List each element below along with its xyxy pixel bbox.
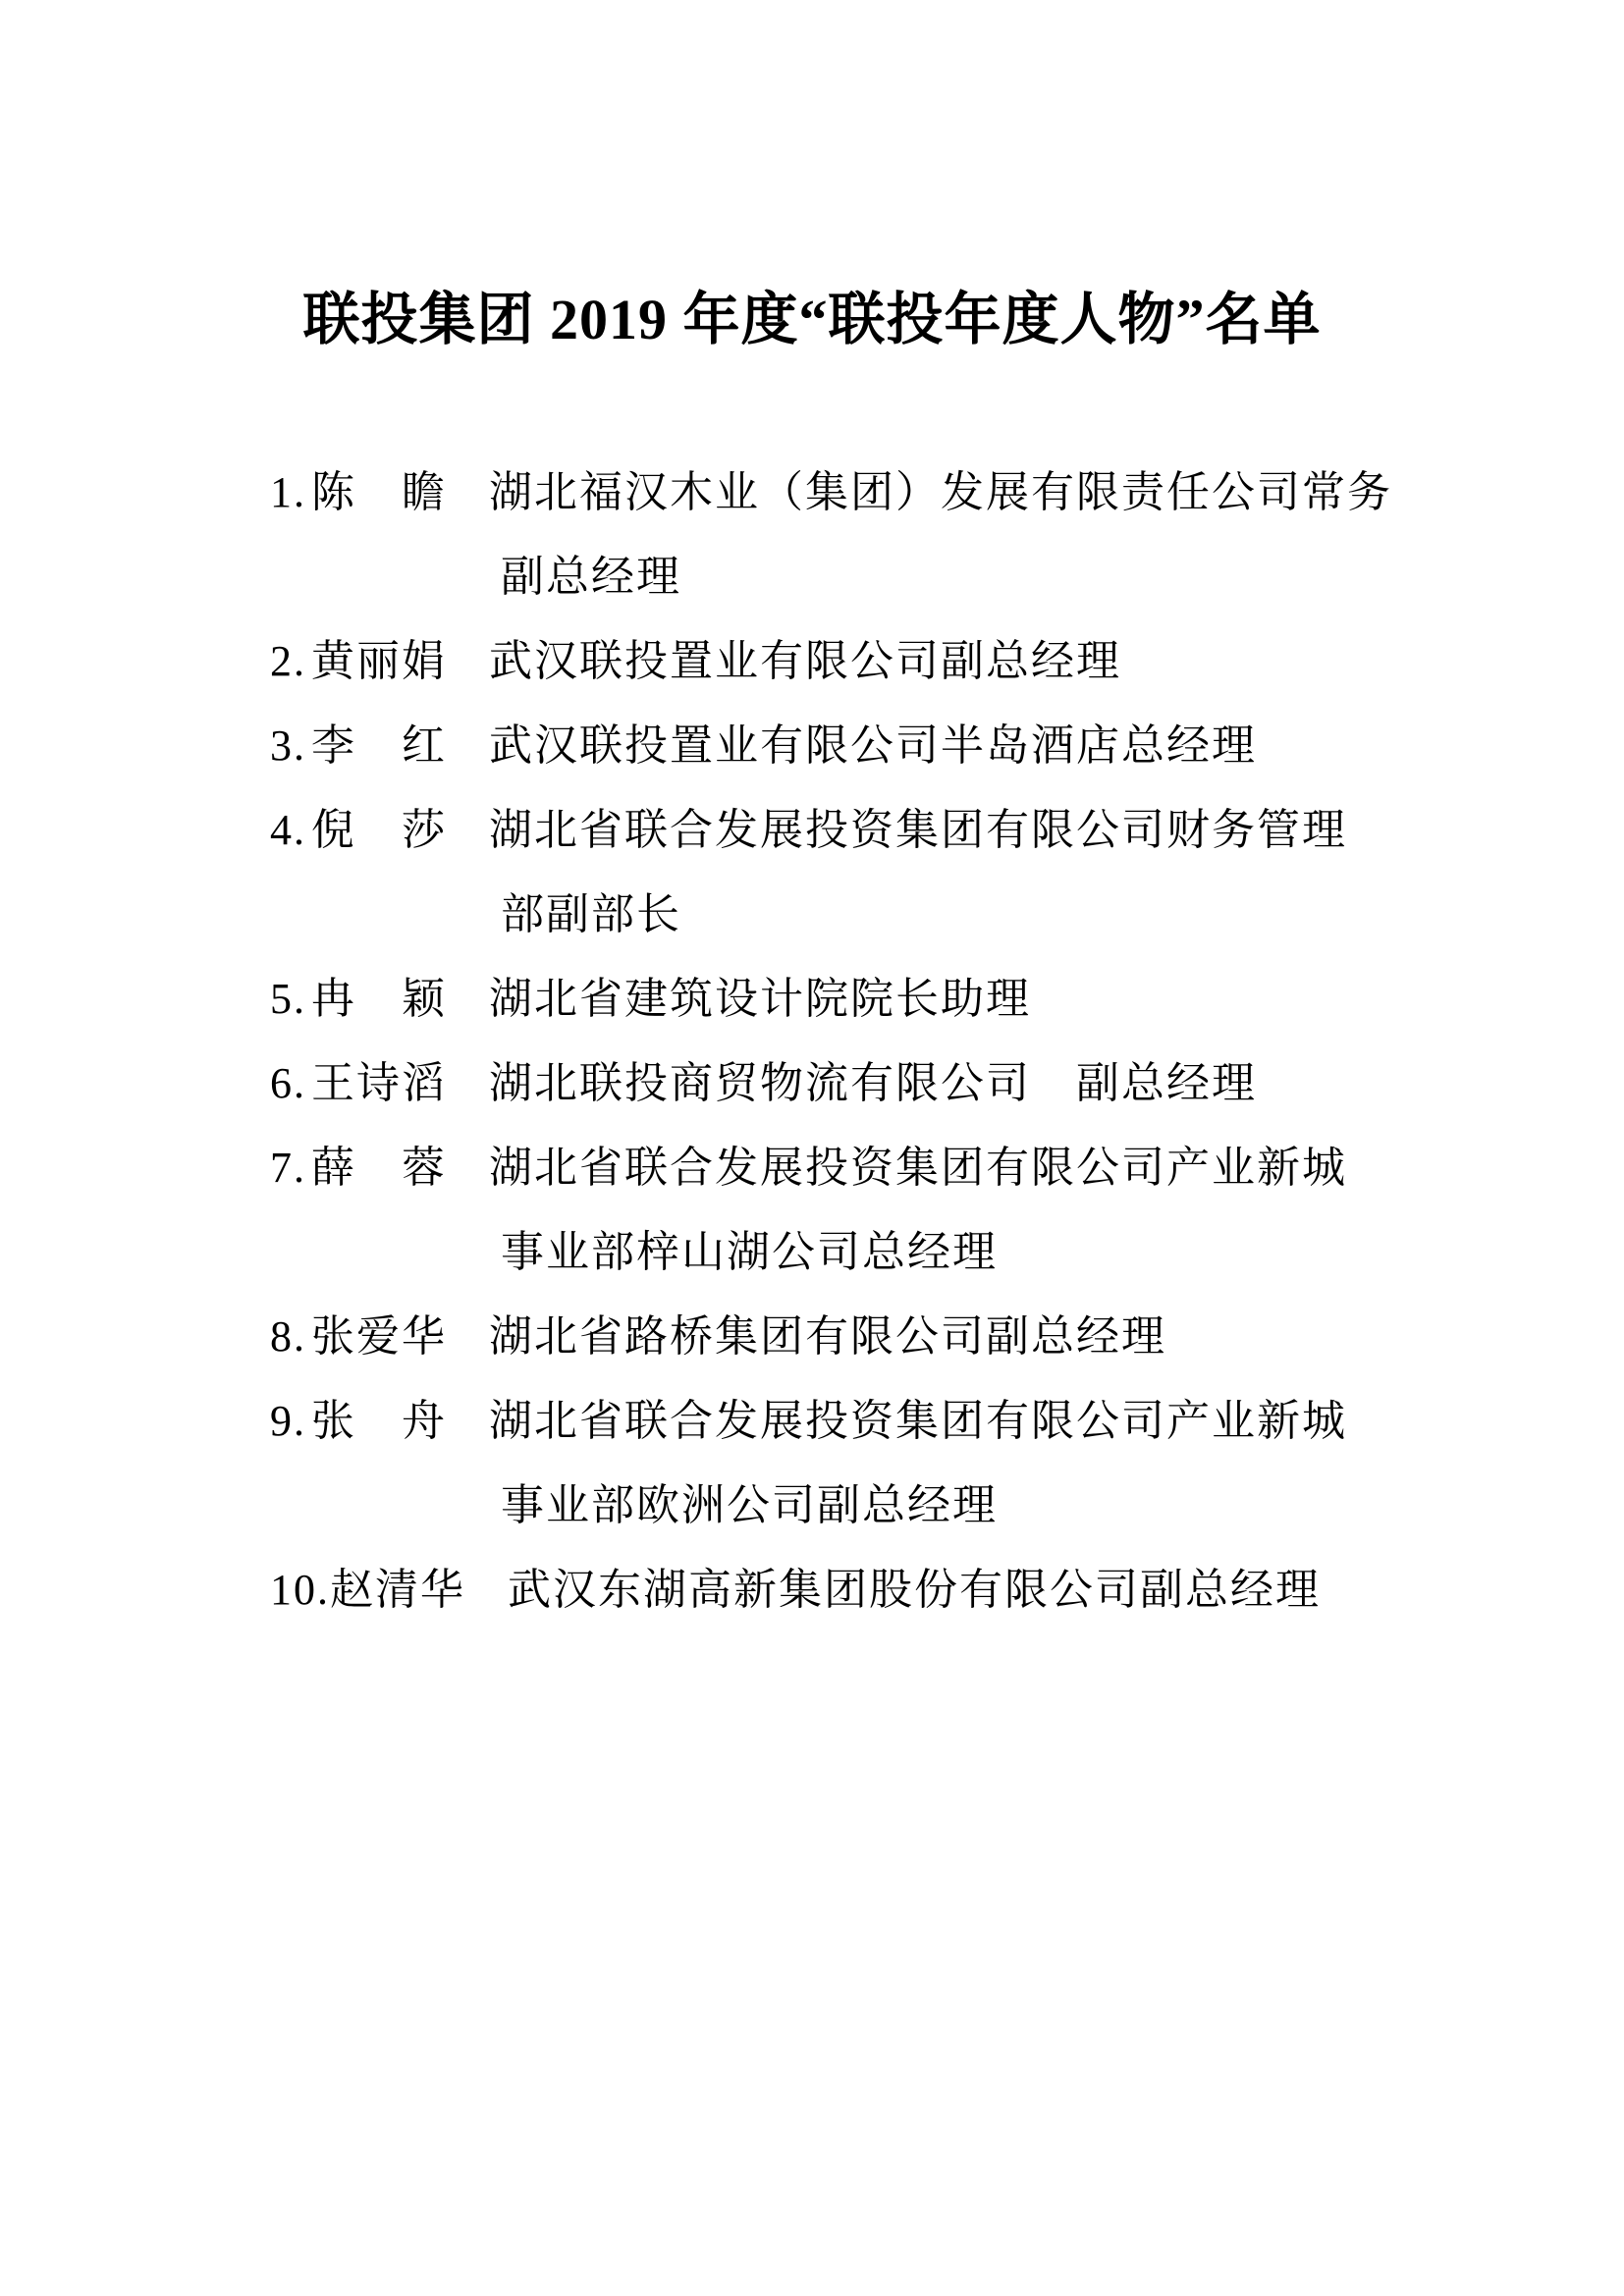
person-name: 黄丽娟: [311, 619, 489, 704]
document-page: 联投集团 2019 年度“联投年度人物”名单 1. 陈 瞻 湖北福汉木业（集团）…: [0, 0, 1624, 2296]
item-number: 9.: [270, 1379, 311, 1464]
position-text: 湖北联投商贸物流有限公司 副总经理: [489, 1041, 1458, 1126]
person-name: 薛 蓉: [311, 1126, 489, 1210]
position-line: 湖北省联合发展投资集团有限公司产业新城: [489, 1126, 1458, 1210]
item-number: 10.: [270, 1548, 330, 1632]
position-text: 武汉联投置业有限公司半岛酒店总经理: [489, 704, 1458, 788]
list-item: 5. 冉 颖 湖北省建筑设计院院长助理: [270, 957, 1458, 1041]
person-name: 李 红: [311, 704, 489, 788]
position-line: 湖北联投商贸物流有限公司 副总经理: [489, 1041, 1458, 1126]
position-text: 湖北省联合发展投资集团有限公司财务管理 部副部长: [489, 788, 1458, 957]
position-line: 湖北省路桥集团有限公司副总经理: [489, 1295, 1458, 1379]
position-text: 湖北省联合发展投资集团有限公司产业新城 事业部欧洲公司副总经理: [489, 1379, 1458, 1548]
item-number: 4.: [270, 788, 311, 873]
list-item: 7. 薛 蓉 湖北省联合发展投资集团有限公司产业新城 事业部梓山湖公司总经理: [270, 1126, 1458, 1295]
position-line: 事业部欧洲公司副总经理: [489, 1464, 1458, 1548]
position-text: 湖北福汉木业（集团）发展有限责任公司常务 副总经理: [489, 451, 1458, 619]
person-name: 冉 颖: [311, 957, 489, 1041]
position-line: 湖北省联合发展投资集团有限公司产业新城: [489, 1379, 1458, 1464]
list-item: 1. 陈 瞻 湖北福汉木业（集团）发展有限责任公司常务 副总经理: [270, 451, 1458, 619]
list-item: 6. 王诗滔 湖北联投商贸物流有限公司 副总经理: [270, 1041, 1458, 1126]
person-name: 王诗滔: [311, 1041, 489, 1126]
list-item: 4. 倪 莎 湖北省联合发展投资集团有限公司财务管理 部副部长: [270, 788, 1458, 957]
position-line: 武汉联投置业有限公司半岛酒店总经理: [489, 704, 1458, 788]
position-text: 武汉联投置业有限公司副总经理: [489, 619, 1458, 704]
item-number: 6.: [270, 1041, 311, 1126]
position-line: 武汉联投置业有限公司副总经理: [489, 619, 1458, 704]
list-item: 10. 赵清华 武汉东湖高新集团股份有限公司副总经理: [270, 1548, 1458, 1632]
position-line: 副总经理: [489, 535, 1458, 619]
position-text: 武汉东湖高新集团股份有限公司副总经理: [508, 1548, 1458, 1632]
person-name: 赵清华: [330, 1548, 508, 1632]
list-item: 2. 黄丽娟 武汉联投置业有限公司副总经理: [270, 619, 1458, 704]
item-number: 5.: [270, 957, 311, 1041]
roster-list: 1. 陈 瞻 湖北福汉木业（集团）发展有限责任公司常务 副总经理 2. 黄丽娟 …: [270, 451, 1458, 1632]
item-number: 7.: [270, 1126, 311, 1210]
position-line: 湖北省联合发展投资集团有限公司财务管理: [489, 788, 1458, 873]
person-name: 张爱华: [311, 1295, 489, 1379]
item-number: 2.: [270, 619, 311, 704]
item-number: 8.: [270, 1295, 311, 1379]
position-line: 部副部长: [489, 873, 1458, 957]
person-name: 陈 瞻: [311, 451, 489, 535]
person-name: 张 舟: [311, 1379, 489, 1464]
list-item: 3. 李 红 武汉联投置业有限公司半岛酒店总经理: [270, 704, 1458, 788]
position-line: 武汉东湖高新集团股份有限公司副总经理: [508, 1548, 1458, 1632]
item-number: 3.: [270, 704, 311, 788]
list-item: 8. 张爱华 湖北省路桥集团有限公司副总经理: [270, 1295, 1458, 1379]
position-line: 湖北省建筑设计院院长助理: [489, 957, 1458, 1041]
page-title: 联投集团 2019 年度“联投年度人物”名单: [0, 288, 1624, 353]
position-text: 湖北省路桥集团有限公司副总经理: [489, 1295, 1458, 1379]
position-line: 事业部梓山湖公司总经理: [489, 1210, 1458, 1295]
person-name: 倪 莎: [311, 788, 489, 873]
item-number: 1.: [270, 451, 311, 535]
position-text: 湖北省联合发展投资集团有限公司产业新城 事业部梓山湖公司总经理: [489, 1126, 1458, 1295]
position-text: 湖北省建筑设计院院长助理: [489, 957, 1458, 1041]
list-item: 9. 张 舟 湖北省联合发展投资集团有限公司产业新城 事业部欧洲公司副总经理: [270, 1379, 1458, 1548]
position-line: 湖北福汉木业（集团）发展有限责任公司常务: [489, 451, 1458, 535]
